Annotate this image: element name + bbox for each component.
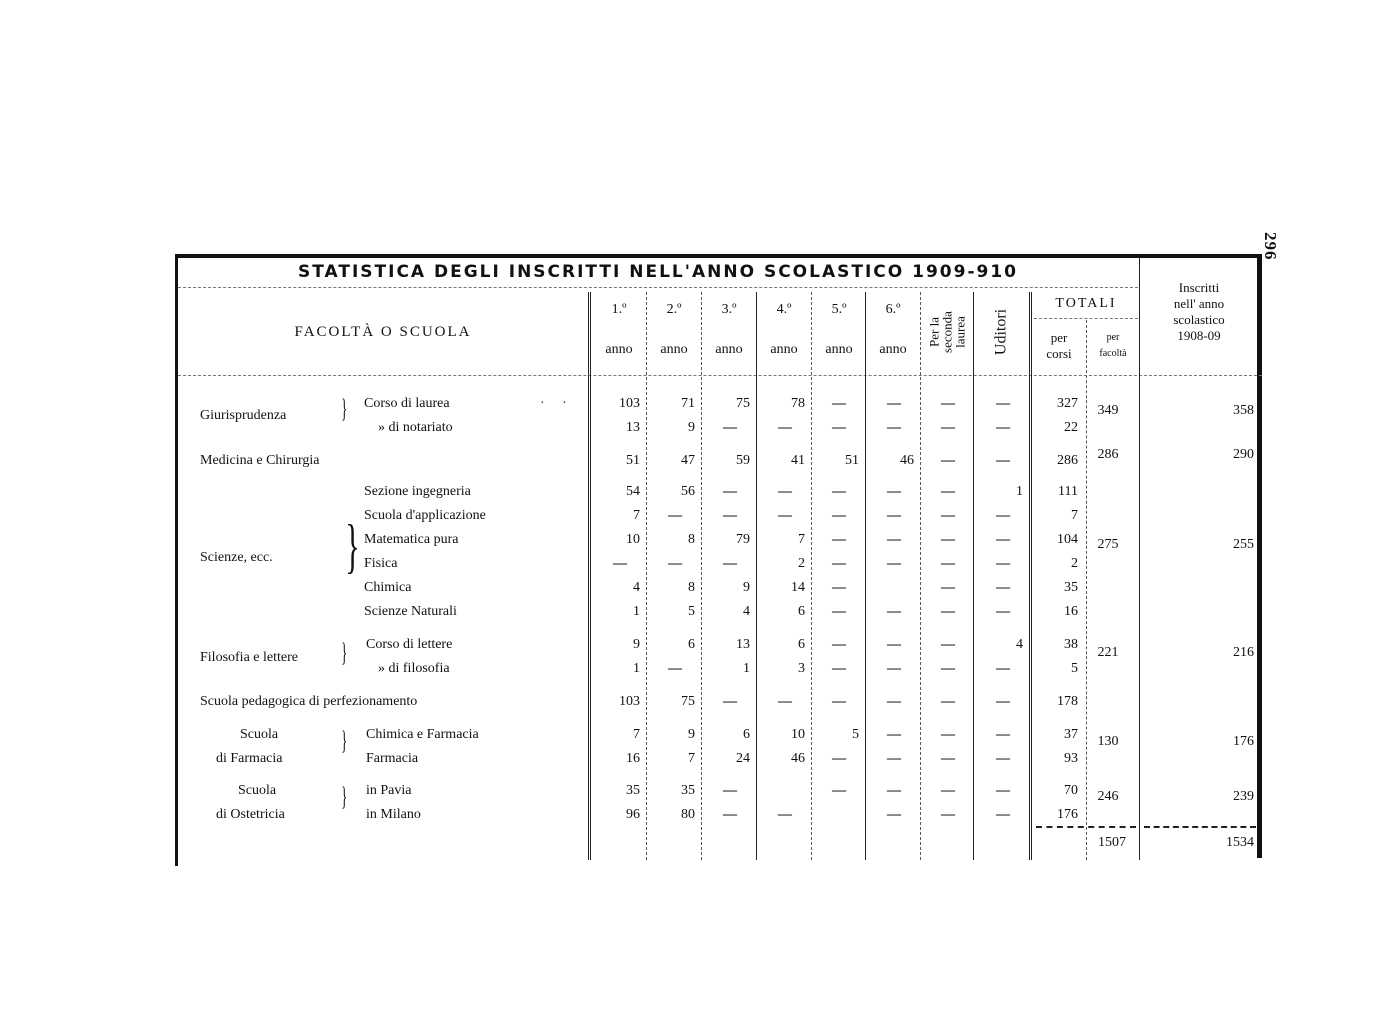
table-cell: — (819, 693, 859, 711)
table-cell: 103 (600, 693, 640, 711)
table-cell: — (983, 419, 1023, 437)
table-cell: — (874, 726, 914, 744)
column-divider (588, 292, 591, 860)
table-cell: 6 (655, 636, 695, 654)
row-label: in Milano (366, 806, 421, 824)
total-rule (1144, 826, 1256, 828)
header-uditori: Uditori (975, 292, 1027, 372)
header-year-4: 4.º anno (757, 302, 811, 358)
table-cell: — (819, 507, 859, 525)
header-year-3: 3.º anno (702, 302, 756, 358)
year-label: anno (879, 342, 906, 357)
table-cell: — (928, 660, 968, 678)
group-label: Scuola (240, 726, 278, 744)
table-cell: — (928, 395, 968, 413)
table-cell: 71 (655, 395, 695, 413)
header-seconda-laurea: Per la seconda laurea (921, 292, 973, 372)
table-cell: 7 (765, 531, 805, 549)
table-top-border (178, 254, 1262, 258)
table-cell: — (874, 419, 914, 437)
table-cell: 75 (655, 693, 695, 711)
table-cell: — (983, 693, 1023, 711)
row-label: Chimica (364, 579, 411, 597)
prev-year-value: 239 (1188, 788, 1254, 806)
header-year-6: 6.º anno (866, 302, 920, 358)
column-divider (1139, 258, 1140, 860)
table-cell: 51 (600, 452, 640, 470)
table-cell: 3 (765, 660, 805, 678)
table-cell: 46 (874, 452, 914, 470)
table-cell: — (928, 555, 968, 573)
table-cell: 10 (765, 726, 805, 744)
header-prev-year: Inscritti nell' anno scolastico 1908-09 (1143, 280, 1255, 344)
prev-year-value: 216 (1188, 644, 1254, 662)
row-label: Farmacia (366, 750, 418, 768)
table-cell: — (928, 603, 968, 621)
brace-icon: } (345, 516, 359, 576)
column-divider (756, 292, 757, 860)
table-cell: 75 (710, 395, 750, 413)
table-cell: 9 (600, 636, 640, 654)
totali-divider (1034, 318, 1138, 319)
table-cell: — (983, 806, 1023, 824)
per-corsi-total: 35 (1036, 579, 1078, 597)
year-ordinal: 1.º (592, 302, 646, 342)
table-cell: 8 (655, 531, 695, 549)
table-cell: — (819, 636, 859, 654)
row-label: in Pavia (366, 782, 412, 800)
per-corsi-total: 327 (1036, 395, 1078, 413)
per-corsi-total: 93 (1036, 750, 1078, 768)
table-cell: — (928, 452, 968, 470)
table-cell: 80 (655, 806, 695, 824)
table-cell: — (928, 579, 968, 597)
row-label: Corso di lettere (366, 636, 452, 654)
row-label: Chimica e Farmacia (366, 726, 479, 744)
table-cell: 24 (710, 750, 750, 768)
per-corsi-total: 37 (1036, 726, 1078, 744)
header-year-2: 2.º anno (647, 302, 701, 358)
header-facolta: FACOLTÀ O SCUOLA (178, 324, 588, 340)
table-cell: — (819, 395, 859, 413)
year-label: anno (825, 342, 852, 357)
total-rule (1036, 826, 1136, 828)
table-cell: 6 (765, 603, 805, 621)
table-cell: 5 (819, 726, 859, 744)
year-label: anno (605, 342, 632, 357)
year-label: anno (660, 342, 687, 357)
per-corsi-total: 104 (1036, 531, 1078, 549)
header-totali: TOTALI (1034, 296, 1138, 312)
group-label: di Ostetricia (216, 806, 285, 824)
row-label: Corso di laurea (364, 395, 450, 413)
table-cell: — (928, 806, 968, 824)
table-cell: — (710, 507, 750, 525)
table-cell: — (765, 693, 805, 711)
group-label: Giurisprudenza (200, 407, 286, 425)
table-cell: 79 (710, 531, 750, 549)
table-cell: — (710, 806, 750, 824)
row-label: Matematica pura (364, 531, 458, 549)
table-cell: 7 (600, 507, 640, 525)
table-cell: — (928, 782, 968, 800)
row-label: » di filosofia (378, 660, 450, 678)
column-divider (811, 292, 812, 860)
brace-icon: } (341, 784, 347, 810)
prev-year-value: 358 (1188, 402, 1254, 420)
table-cell: — (983, 579, 1023, 597)
table-cell: — (928, 531, 968, 549)
table-cell: 1 (600, 603, 640, 621)
per-corsi-total: 178 (1036, 693, 1078, 711)
table-cell: — (765, 419, 805, 437)
table-cell: — (819, 483, 859, 501)
header-per-facolta: per facoltà (1087, 330, 1139, 362)
per-corsi-total: 5 (1036, 660, 1078, 678)
table-cell: — (983, 555, 1023, 573)
table-cell: — (819, 555, 859, 573)
column-divider (701, 292, 702, 860)
table-cell: — (983, 395, 1023, 413)
table-cell: — (655, 660, 695, 678)
group-label: Scienze, ecc. (200, 549, 273, 567)
per-corsi-total: 22 (1036, 419, 1078, 437)
table-cell: — (983, 782, 1023, 800)
table-cell: — (983, 660, 1023, 678)
column-divider (1086, 320, 1087, 860)
table-cell: — (710, 693, 750, 711)
table-cell: — (928, 507, 968, 525)
table-cell: 1 (983, 483, 1023, 501)
table-cell: 59 (710, 452, 750, 470)
table-cell: — (874, 555, 914, 573)
column-divider (973, 292, 974, 860)
year-ordinal: 5.º (812, 302, 866, 342)
header-per-corsi: per corsi (1033, 330, 1085, 362)
table-cell: — (874, 782, 914, 800)
table-cell: — (928, 750, 968, 768)
grand-total: 1507 (1090, 834, 1134, 852)
table-cell: 8 (655, 579, 695, 597)
table-cell: — (874, 693, 914, 711)
brace-icon: } (341, 640, 347, 666)
table-cell: 6 (710, 726, 750, 744)
table-cell: 4 (600, 579, 640, 597)
per-corsi-total: 16 (1036, 603, 1078, 621)
table-cell: 2 (765, 555, 805, 573)
table-cell: — (819, 603, 859, 621)
table-cell: 47 (655, 452, 695, 470)
table-cell: 41 (765, 452, 805, 470)
table-cell: — (983, 750, 1023, 768)
brace-icon: } (341, 728, 347, 754)
column-divider (865, 292, 866, 860)
table-cell: — (655, 555, 695, 573)
facolta-total: 275 (1086, 536, 1130, 554)
table-cell: 35 (600, 782, 640, 800)
table-cell: — (765, 483, 805, 501)
row-label: Scuola d'applicazione (364, 507, 486, 525)
group-label: Medicina e Chirurgia (200, 452, 320, 470)
column-divider (1029, 292, 1032, 860)
table-cell: — (874, 603, 914, 621)
table-cell: — (874, 636, 914, 654)
per-corsi-total: 111 (1036, 483, 1078, 501)
table-cell: 14 (765, 579, 805, 597)
table-cell: — (928, 726, 968, 744)
row-label: Fisica (364, 555, 397, 573)
facolta-total: 221 (1086, 644, 1130, 662)
page-number: 296 (1260, 232, 1280, 272)
table-cell: — (928, 483, 968, 501)
table-cell: — (710, 419, 750, 437)
per-corsi-total: 2 (1036, 555, 1078, 573)
column-divider (920, 292, 921, 860)
table-cell: — (710, 782, 750, 800)
prev-year-value: 255 (1188, 536, 1254, 554)
year-label: anno (770, 342, 797, 357)
table-cell: — (765, 507, 805, 525)
table-cell: 10 (600, 531, 640, 549)
table-cell: 103 (600, 395, 640, 413)
facolta-total: 130 (1086, 733, 1130, 751)
header-year-1: 1.º anno (592, 302, 646, 358)
table-title: STATISTICA DEGLI INSCRITTI NELL'ANNO SCO… (178, 262, 1138, 282)
header-divider (178, 375, 1262, 376)
prev-year-value: 290 (1188, 446, 1254, 464)
table-cell: — (983, 452, 1023, 470)
grand-total-prev-year: 1534 (1188, 834, 1254, 852)
table-cell: 13 (710, 636, 750, 654)
table-cell: — (928, 693, 968, 711)
row-label: Sezione ingegneria (364, 483, 471, 501)
table-right-border (1257, 254, 1262, 858)
table-cell: 9 (655, 419, 695, 437)
table-cell: — (710, 555, 750, 573)
year-ordinal: 4.º (757, 302, 811, 342)
table-cell: — (874, 806, 914, 824)
table-cell: 16 (600, 750, 640, 768)
table-cell: 56 (655, 483, 695, 501)
group-label: Scuola (238, 782, 276, 800)
seconda-laurea-label: Per la seconda laurea (928, 311, 967, 353)
table-cell: 96 (600, 806, 640, 824)
group-label: di Farmacia (216, 750, 282, 768)
table-cell: 7 (655, 750, 695, 768)
table-cell: 7 (600, 726, 640, 744)
facolta-total: 246 (1086, 788, 1130, 806)
row-label: Scienze Naturali (364, 603, 457, 621)
table-cell: 6 (765, 636, 805, 654)
per-corsi-total: 286 (1036, 452, 1078, 470)
per-corsi-total: 38 (1036, 636, 1078, 654)
column-divider (646, 292, 647, 860)
per-corsi-total: 176 (1036, 806, 1078, 824)
table-cell: 35 (655, 782, 695, 800)
table-cell: — (983, 603, 1023, 621)
table-cell: — (928, 636, 968, 654)
table-cell: — (928, 419, 968, 437)
table-cell: 9 (710, 579, 750, 597)
table-cell: — (874, 507, 914, 525)
table-cell: — (819, 750, 859, 768)
table-cell: — (655, 507, 695, 525)
row-label: » di notariato (378, 419, 453, 437)
table-cell: — (874, 395, 914, 413)
facolta-total: 286 (1086, 446, 1130, 464)
table-cell: 9 (655, 726, 695, 744)
table-cell: 54 (600, 483, 640, 501)
table-cell: — (874, 660, 914, 678)
table-cell: — (765, 806, 805, 824)
table-cell: — (983, 507, 1023, 525)
table-cell: 4 (983, 636, 1023, 654)
prev-year-value: 176 (1188, 733, 1254, 751)
uditori-label: Uditori (995, 309, 1008, 355)
table-cell: 4 (710, 603, 750, 621)
table-cell: — (819, 782, 859, 800)
year-ordinal: 3.º (702, 302, 756, 342)
table-cell: 1 (600, 660, 640, 678)
table-cell: — (819, 579, 859, 597)
table-cell: — (600, 555, 640, 573)
table-cell: — (874, 483, 914, 501)
year-label: anno (715, 342, 742, 357)
statistics-table: STATISTICA DEGLI INSCRITTI NELL'ANNO SCO… (175, 254, 1262, 866)
per-corsi-total: 7 (1036, 507, 1078, 525)
brace-icon: } (341, 396, 347, 422)
group-label: Scuola pedagogica di perfezionamento (200, 693, 417, 711)
title-divider (178, 287, 1138, 288)
table-cell: — (983, 726, 1023, 744)
table-cell: 78 (765, 395, 805, 413)
table-cell: 1 (710, 660, 750, 678)
year-ordinal: 2.º (647, 302, 701, 342)
table-cell: — (819, 419, 859, 437)
table-cell: — (874, 531, 914, 549)
facolta-total: 349 (1086, 402, 1130, 420)
table-cell: 46 (765, 750, 805, 768)
group-label: Filosofia e lettere (200, 649, 298, 667)
table-cell: — (819, 660, 859, 678)
table-cell: 13 (600, 419, 640, 437)
table-cell: — (819, 531, 859, 549)
leader-dots: · · (540, 395, 567, 413)
table-cell: — (710, 483, 750, 501)
table-cell: 51 (819, 452, 859, 470)
table-cell: — (874, 750, 914, 768)
table-cell: 5 (655, 603, 695, 621)
per-corsi-total: 70 (1036, 782, 1078, 800)
header-year-5: 5.º anno (812, 302, 866, 358)
year-ordinal: 6.º (866, 302, 920, 342)
table-cell: — (983, 531, 1023, 549)
